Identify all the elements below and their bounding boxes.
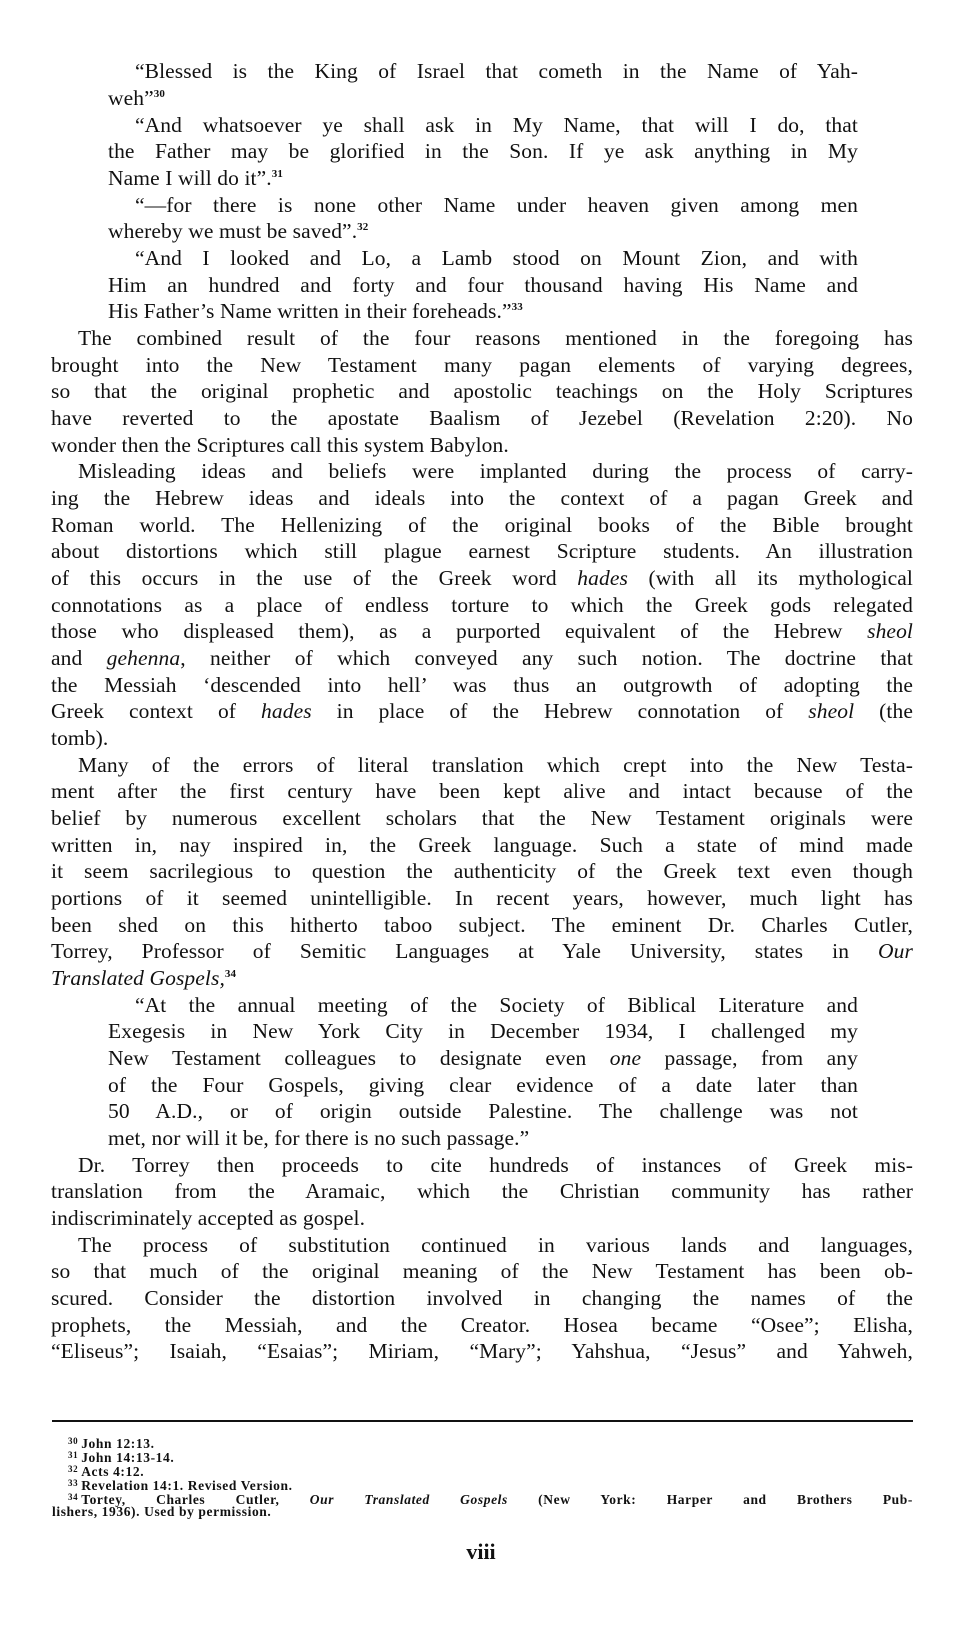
footnote-divider [52,1420,913,1422]
text-line: tomb). [51,725,913,752]
text-line: Torrey, Professor of Semitic Languages a… [51,938,913,965]
text-line: connotations as a place of endless tortu… [51,592,913,619]
text-line: wonder then the Scriptures call this sys… [51,432,913,459]
quote-line: “Blessed is the King of Israel that come… [135,58,858,85]
italic-term: hades [261,699,312,723]
text-line: Greek context of hades in place of the H… [51,698,913,725]
text-line: Misleading ideas and beliefs were implan… [78,458,913,485]
footnote-ref[interactable]: 31 [272,168,283,180]
text-line: so that much of the original meaning of … [51,1258,913,1285]
book-title: Our [878,939,913,963]
footnote-ref[interactable]: 33 [512,301,523,313]
text-line: it seem sacrilegious to question the aut… [51,858,913,885]
footnote-ref[interactable]: 30 [154,88,165,100]
quote-line: met, nor will it be, for there is no suc… [108,1125,858,1152]
text-line: Dr. Torrey then proceeds to cite hundred… [78,1152,913,1179]
quote-line: Name I will do it”.31 [108,165,858,192]
italic-term: one [610,1046,641,1070]
footnote-ref[interactable]: 32 [357,221,368,233]
footnote-32: 32Acts 4:12. [68,1462,144,1477]
text-line: brought into the New Testament many paga… [51,352,913,379]
text-line: translation from the Aramaic, which the … [51,1178,913,1205]
text-line: so that the original prophetic and apost… [51,378,913,405]
text-line: scured. Consider the distortion involved… [51,1285,913,1312]
text-line: portions of it seemed unintelligible. In… [51,885,913,912]
text-line: Roman world. The Hellenizing of the orig… [51,512,913,539]
page-number: viii [0,1540,962,1564]
italic-term: sheol [808,699,854,723]
text-line: ing the Hebrew ideas and ideals into the… [51,485,913,512]
text-line: ment after the first century have been k… [51,778,913,805]
text-line: “Eliseus”; Isaiah, “Esaias”; Miriam, “Ma… [51,1338,913,1365]
text-line: prophets, the Messiah, and the Creator. … [51,1312,913,1339]
text-line: about distortions which still plague ear… [51,538,913,565]
text-line: been shed on this hitherto taboo subject… [51,912,913,939]
text-line: The process of substitution continued in… [78,1232,913,1259]
text-line: written in, nay inspired in, the Greek l… [51,832,913,859]
text-line: belief by numerous excellent scholars th… [51,805,913,832]
italic-term: sheol [867,619,913,643]
footnote-ref[interactable]: 34 [225,968,236,980]
footnote-30: 30John 12:13. [68,1434,155,1449]
quote-line: “—for there is none other Name under hea… [135,192,858,219]
footnote-33: 33Revelation 14:1. Revised Version. [68,1476,293,1491]
quote-line: 50 A.D., or of origin outside Palestine.… [108,1098,858,1125]
quote-line: “And I looked and Lo, a Lamb stood on Mo… [135,245,858,272]
quote-line: the Father may be glorified in the Son. … [108,138,858,165]
text-line: have reverted to the apostate Baalism of… [51,405,913,432]
italic-term: hades [577,566,628,590]
quote-line: whereby we must be saved”.32 [108,218,858,245]
quote-line: “And whatsoever ye shall ask in My Name,… [135,112,858,139]
quote-line: His Father’s Name written in their foreh… [108,298,858,325]
footnote-34-continued: lishers, 1936). Used by permission. [52,1505,271,1520]
text-line: Many of the errors of literal translatio… [78,752,913,779]
text-line: indiscriminately accepted as gospel. [51,1205,913,1232]
book-title: Translated Gospels, [51,966,225,990]
footnote-34: 34Tortey, Charles Cutler, Our Translated… [68,1490,913,1505]
text-line: of this occurs in the use of the Greek w… [51,565,913,592]
quote-line: weh”30 [108,85,858,112]
text-line: and gehenna, neither of which conveyed a… [51,645,913,672]
text-line: The combined result of the four reasons … [78,325,913,352]
quote-line: Him an hundred and forty and four thousa… [108,272,858,299]
quote-line: New Testament colleagues to designate ev… [108,1045,858,1072]
quote-line: of the Four Gospels, giving clear eviden… [108,1072,858,1099]
text-line: Translated Gospels,34 [51,965,913,992]
text-line: the Messiah ‘descended into hell’ was th… [51,672,913,699]
italic-term: gehenna [107,646,181,670]
quote-line: “At the annual meeting of the Society of… [135,992,858,1019]
text-line: those who displeased them), as a purport… [51,618,913,645]
book-page: “Blessed is the King of Israel that come… [0,0,980,1647]
book-title: Our Translated Gospels [310,1492,508,1507]
footnote-31: 31John 14:13-14. [68,1448,174,1463]
quote-line: Exegesis in New York City in December 19… [108,1018,858,1045]
